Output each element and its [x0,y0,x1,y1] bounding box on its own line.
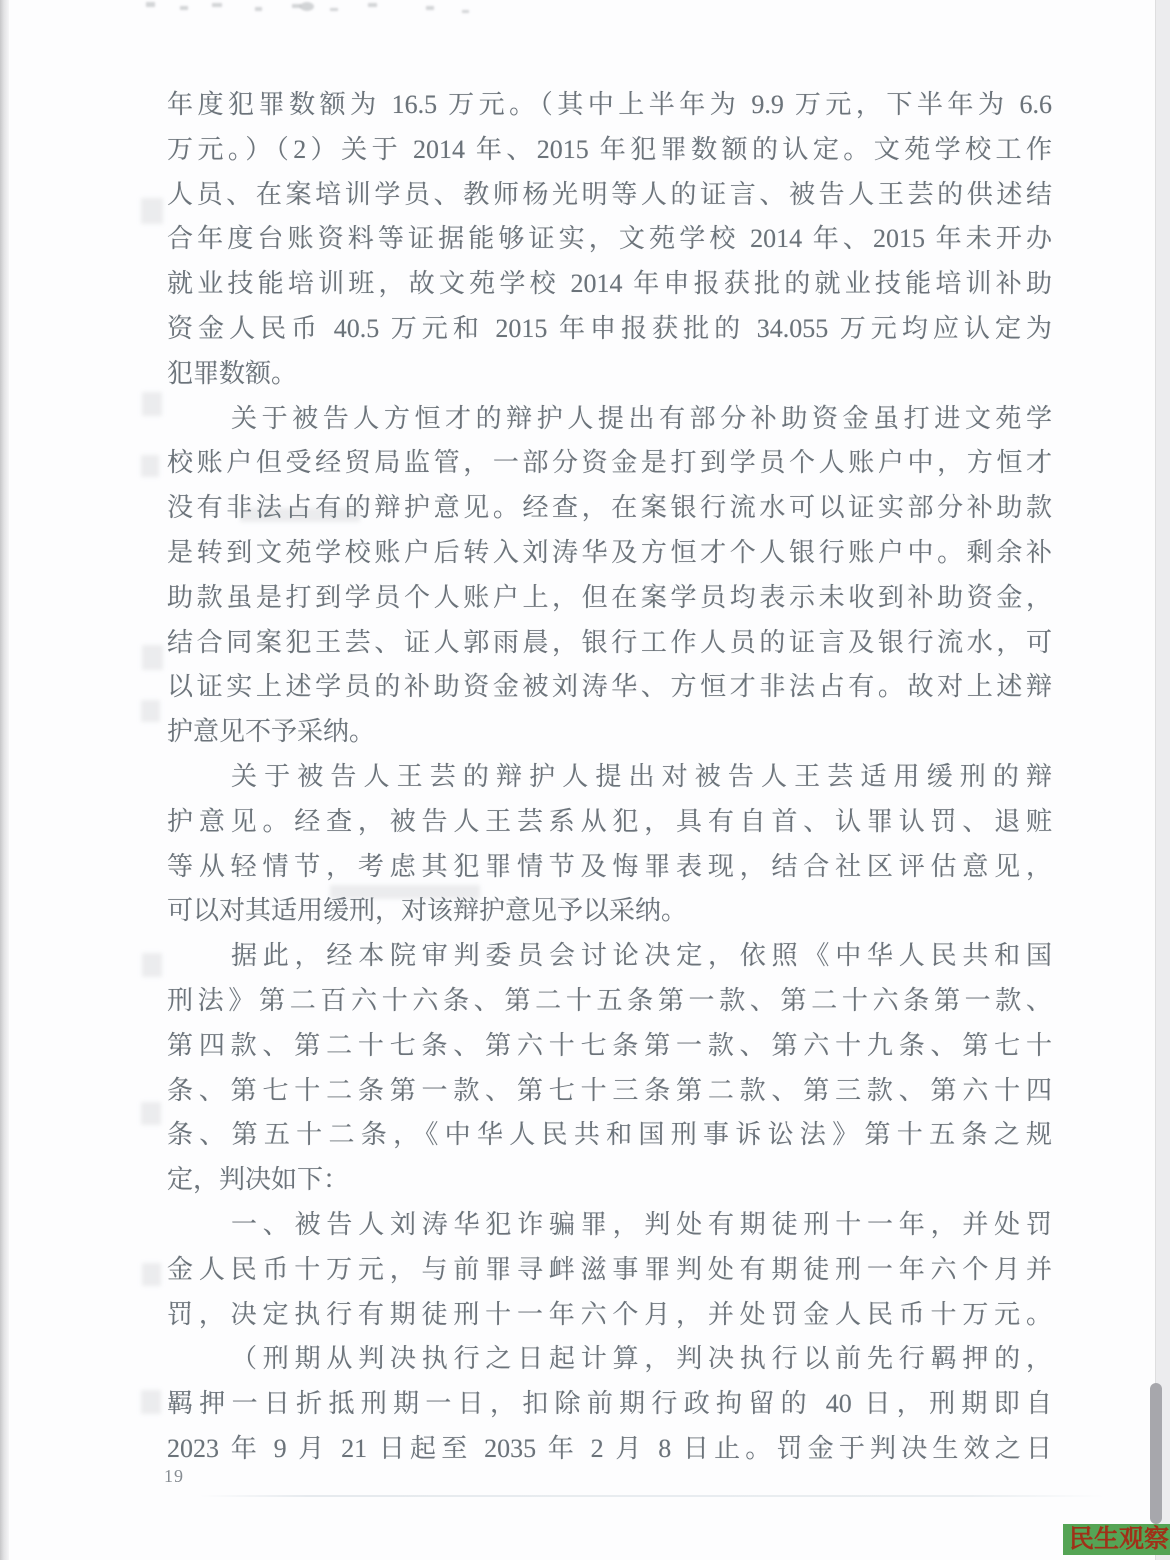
text-line: 定，判决如下： [167,1158,1052,1203]
text-line: （刑期从判决执行之日起计算，判决执行以前先行羁押的， [167,1337,1052,1382]
text-line: 是转到文苑学校账户后转入刘涛华及方恒才个人银行账户中。剩余补 [167,531,1052,576]
text-line: 条、第七十二条第一款、第七十三条第二款、第三款、第六十四 [167,1069,1052,1114]
page-left-edge [0,0,9,1560]
scan-artifact [141,1390,161,1414]
scan-artifact [462,10,469,13]
scan-artifact [142,645,163,670]
text-line: 合年度台账资料等证据能够证实，文苑学校 2014 年、2015 年未开办 [167,217,1052,262]
text-line: 护意见不予采纳。 [167,710,1052,755]
scan-artifact [142,953,162,977]
text-line: 可以对其适用缓刑，对该辩护意见予以采纳。 [167,889,1052,934]
scan-artifact [300,2,314,11]
scan-artifact [146,2,155,7]
text-line: 2023 年 9 月 21 日起至 2035 年 2 月 8 日止。罚金于判决生… [167,1427,1052,1472]
text-line: 关于被告人王芸的辩护人提出对被告人王芸适用缓刑的辩 [167,755,1052,800]
text-line: 金人民币十万元，与前罪寻衅滋事罪判处有期徒刑一年六个月并 [167,1248,1052,1293]
text-line: 护意见。经查，被告人王芸系从犯，具有自首、认罪认罚、退赃 [167,800,1052,845]
scan-artifact [141,455,159,477]
page-number: 19 [164,1466,184,1487]
watermark-badge: 民生观察 [1063,1524,1170,1555]
scan-artifact [142,392,162,416]
scan-artifact [330,885,480,899]
scan-artifact [180,6,188,10]
scan-artifact [212,3,222,7]
text-line: 据此，经本院审判委员会讨论决定，依照《中华人民共和国 [167,934,1052,979]
text-line: 刑法》第二百六十六条、第二十五条第一款、第二十六条第一款、 [167,979,1052,1024]
text-line: 年度犯罪数额为 16.5 万元。（其中上半年为 9.9 万元，下半年为 6.6 [167,83,1052,128]
text-line: 结合同案犯王芸、证人郭雨晨，银行工作人员的证言及银行流水，可 [167,621,1052,666]
text-line: 一、被告人刘涛华犯诈骗罪，判处有期徒刑十一年，并处罚 [167,1203,1052,1248]
scrollbar-track[interactable] [1155,0,1170,1560]
text-line: 罚，决定执行有期徒刑十一年六个月，并处罚金人民币十万元。 [167,1293,1052,1338]
scan-artifact [141,198,163,224]
text-line: 关于被告人方恒才的辩护人提出有部分补助资金虽打进文苑学 [167,397,1052,442]
text-line: 第四款、第二十七条、第六十七条第一款、第六十九条、第七十 [167,1024,1052,1069]
text-line: 以证实上述学员的补助资金被刘涛华、方恒才非法占有。故对上述辩 [167,665,1052,710]
text-line: 等从轻情节，考虑其犯罪情节及悔罪表现，结合社区评估意见， [167,845,1052,890]
document-page: 年度犯罪数额为 16.5 万元。（其中上半年为 9.9 万元，下半年为 6.6 … [167,83,1052,1472]
text-line: 羁押一日折抵刑期一日，扣除前期行政拘留的 40 日，刑期即自 [167,1382,1052,1427]
text-line: 人员、在案培训学员、教师杨光明等人的证言、被告人王芸的供述结 [167,173,1052,218]
scan-artifact [368,3,377,7]
scan-artifact [426,6,434,10]
scrollbar-thumb[interactable] [1150,1383,1162,1524]
scan-artifact [330,8,338,11]
scan-artifact [141,700,160,722]
text-line: 助款虽是打到学员个人账户上，但在案学员均表示未收到补助资金， [167,576,1052,621]
scan-artifact [141,1102,161,1125]
page-bottom-edge [200,1495,1105,1497]
text-line: 就业技能培训班，故文苑学校 2014 年申报获批的就业技能培训补助 [167,262,1052,307]
text-line: 校账户但受经贸局监管，一部分资金是打到学员个人账户中，方恒才 [167,441,1052,486]
text-line: 犯罪数额。 [167,352,1052,397]
scan-artifact [240,508,360,522]
watermark-label: 民生观察 [1069,1526,1169,1553]
scan-artifact [255,7,262,11]
text-line: 资金人民币 40.5 万元和 2015 年申报获批的 34.055 万元均应认定… [167,307,1052,352]
scan-artifact [142,1263,161,1286]
text-line: 条、第五十二条，《中华人民共和国刑事诉讼法》第十五条之规 [167,1113,1052,1158]
text-line: 万元。）（2）关于 2014 年、2015 年犯罪数额的认定。文苑学校工作 [167,128,1052,173]
